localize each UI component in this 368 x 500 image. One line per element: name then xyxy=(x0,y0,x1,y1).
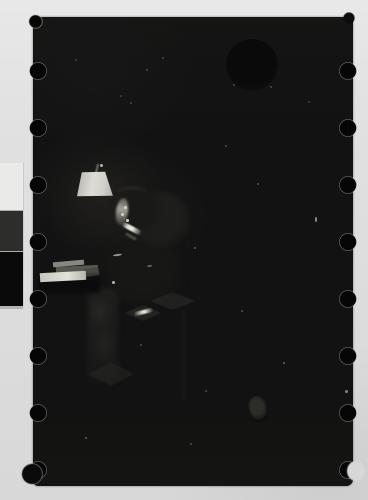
sprocket-notch-left xyxy=(29,404,47,422)
corner-notch-top-left xyxy=(28,14,43,29)
dust-speck xyxy=(140,344,142,346)
dust-speck xyxy=(75,59,77,61)
sprocket-notch-right xyxy=(339,62,357,80)
calibration-strip-border xyxy=(0,306,23,309)
scan-backing xyxy=(0,0,368,500)
dust-speck xyxy=(120,95,122,97)
sprocket-notch-right xyxy=(339,176,357,194)
calibration-strip xyxy=(0,163,24,306)
dust-speck xyxy=(257,183,259,185)
dust-speck xyxy=(146,69,148,71)
corner-cut-bottom-right xyxy=(347,461,365,481)
face-glint xyxy=(121,213,124,216)
dust-speck xyxy=(100,164,103,167)
calibration-gray-patch xyxy=(0,211,23,251)
dust-speck xyxy=(130,102,132,104)
sprocket-notch-right xyxy=(339,404,357,422)
sprocket-notch-right xyxy=(339,233,357,251)
corner-blob-bottom-left xyxy=(21,463,43,485)
dust-speck xyxy=(308,101,310,103)
corner-bump-top-right xyxy=(343,12,355,24)
dust-speck xyxy=(283,362,285,364)
sprocket-notch-left xyxy=(29,176,47,194)
sprocket-notch-right xyxy=(339,347,357,365)
dust-speck xyxy=(225,145,227,147)
sprocket-notch-left xyxy=(29,290,47,308)
sprocket-notch-right xyxy=(339,119,357,137)
dust-speck xyxy=(270,86,272,88)
calibration-black-patch xyxy=(0,252,23,306)
film-frame-tone xyxy=(33,17,353,486)
dust-speck xyxy=(85,437,87,439)
dust-speck xyxy=(241,310,243,312)
dust-speck xyxy=(112,281,115,284)
face-glint xyxy=(126,219,129,222)
sprocket-notch-left xyxy=(29,119,47,137)
dust-speck xyxy=(345,390,348,393)
sprocket-notch-left xyxy=(29,347,47,365)
dust-speck xyxy=(205,390,207,392)
calibration-white-patch xyxy=(0,163,23,210)
floor-edge-shadow xyxy=(182,310,185,400)
dust-speck xyxy=(190,443,192,445)
dust-speck xyxy=(162,57,164,59)
sprocket-notch-right xyxy=(339,290,357,308)
sprocket-notch-left xyxy=(29,62,47,80)
dust-speck xyxy=(315,217,317,222)
film-frame xyxy=(33,17,353,486)
dust-speck xyxy=(233,84,235,86)
dust-speck xyxy=(194,247,196,249)
face-glint xyxy=(124,206,127,209)
sprocket-notch-left xyxy=(29,233,47,251)
